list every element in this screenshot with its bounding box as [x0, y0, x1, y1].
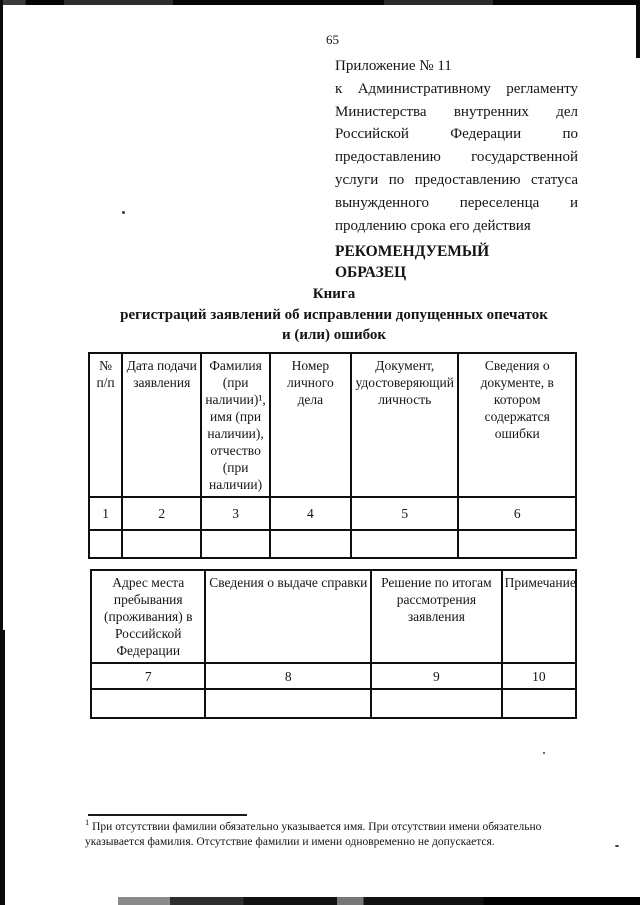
table1-number-cell: 4 [270, 497, 351, 530]
table2-empty-cell [91, 689, 205, 718]
appendix-line: Министерства внутренних дел [335, 101, 578, 124]
appendix-line: к Административному регламенту [335, 78, 578, 101]
footnote-text: При отсутствии фамилии обязательно указы… [85, 821, 541, 848]
table1-empty-cell [458, 530, 576, 558]
table2-number-cell: 9 [371, 663, 502, 689]
appendix-line: Приложение № 11 [335, 55, 578, 78]
table1-header-cell: Номер личного дела [270, 353, 351, 497]
table2-number-cell: 10 [502, 663, 576, 689]
document-title: Книга регистраций заявлений об исправлен… [74, 284, 594, 346]
scan-artifact-right-dash [636, 0, 640, 58]
appendix-line: вынужденного переселенца и [335, 192, 578, 215]
scan-speck [615, 845, 619, 847]
scan-artifact-top-bar [0, 0, 640, 5]
scan-artifact-left-line-lower [0, 630, 5, 905]
table1-number-cell: 3 [201, 497, 269, 530]
registration-table-2: Адрес места пребывания (проживания) в Ро… [90, 569, 577, 719]
document-title-line: и (или) ошибок [74, 325, 594, 346]
appendix-line: Российской Федерации по [335, 123, 578, 146]
appendix-line: продлению срока его действия [335, 215, 578, 238]
scan-speck [543, 752, 545, 754]
appendix-reference-block: Приложение № 11 к Административному регл… [335, 55, 578, 237]
table1-number-cell: 1 [89, 497, 122, 530]
table1-empty-cell [122, 530, 201, 558]
table1-empty-cell [89, 530, 122, 558]
table2-number-cell: 7 [91, 663, 205, 689]
scanned-document-page: 65 Приложение № 11 к Административному р… [0, 0, 640, 905]
table2-number-cell: 8 [205, 663, 371, 689]
table2-header-row: Адрес места пребывания (проживания) в Ро… [91, 570, 576, 663]
table2-empty-row [91, 689, 576, 718]
registration-table-1: № п/п Дата подачи заявления Фамилия (при… [88, 352, 577, 559]
table1-header-cell: Документ, удостоверяющий личность [351, 353, 458, 497]
table1-header-cell: Сведения о документе, в котором содержат… [458, 353, 576, 497]
document-title-line: Книга [74, 284, 594, 305]
table2-header-cell: Примечание [502, 570, 576, 663]
recommended-sample-label: РЕКОМЕНДУЕМЫЙ ОБРАЗЕЦ [335, 241, 578, 283]
page-number: 65 [326, 32, 339, 48]
table2-empty-cell [371, 689, 502, 718]
scan-speck [122, 211, 125, 214]
appendix-line: предоставлению государственной [335, 146, 578, 169]
table1-header-cell: Фамилия (при наличии)¹, имя (при наличии… [201, 353, 269, 497]
footnote-separator-rule [88, 814, 247, 816]
table1-empty-cell [201, 530, 269, 558]
appendix-line: услуги по предоставлению статуса [335, 169, 578, 192]
table1-header-cell: № п/п [89, 353, 122, 497]
table2-number-row: 7 8 9 10 [91, 663, 576, 689]
table1-empty-cell [270, 530, 351, 558]
scan-artifact-bottom-bar [118, 897, 640, 905]
table1-number-cell: 6 [458, 497, 576, 530]
table2-header-cell: Сведения о выдаче справки [205, 570, 371, 663]
recommended-sample-line: РЕКОМЕНДУЕМЫЙ [335, 241, 578, 262]
table1-number-cell: 2 [122, 497, 201, 530]
table1-header-cell: Дата подачи заявления [122, 353, 201, 497]
table1-number-row: 1 2 3 4 5 6 [89, 497, 576, 530]
table2-header-cell: Решение по итогам рассмотрения заявления [371, 570, 502, 663]
recommended-sample-line: ОБРАЗЕЦ [335, 262, 578, 283]
table1-empty-row [89, 530, 576, 558]
table1-header-row: № п/п Дата подачи заявления Фамилия (при… [89, 353, 576, 497]
document-title-line: регистраций заявлений об исправлении доп… [74, 305, 594, 326]
table1-number-cell: 5 [351, 497, 458, 530]
table2-header-cell: Адрес места пребывания (проживания) в Ро… [91, 570, 205, 663]
footnote: 1 При отсутствии фамилии обязательно ука… [85, 820, 582, 849]
table2-empty-cell [205, 689, 371, 718]
table1-empty-cell [351, 530, 458, 558]
table2-empty-cell [502, 689, 576, 718]
